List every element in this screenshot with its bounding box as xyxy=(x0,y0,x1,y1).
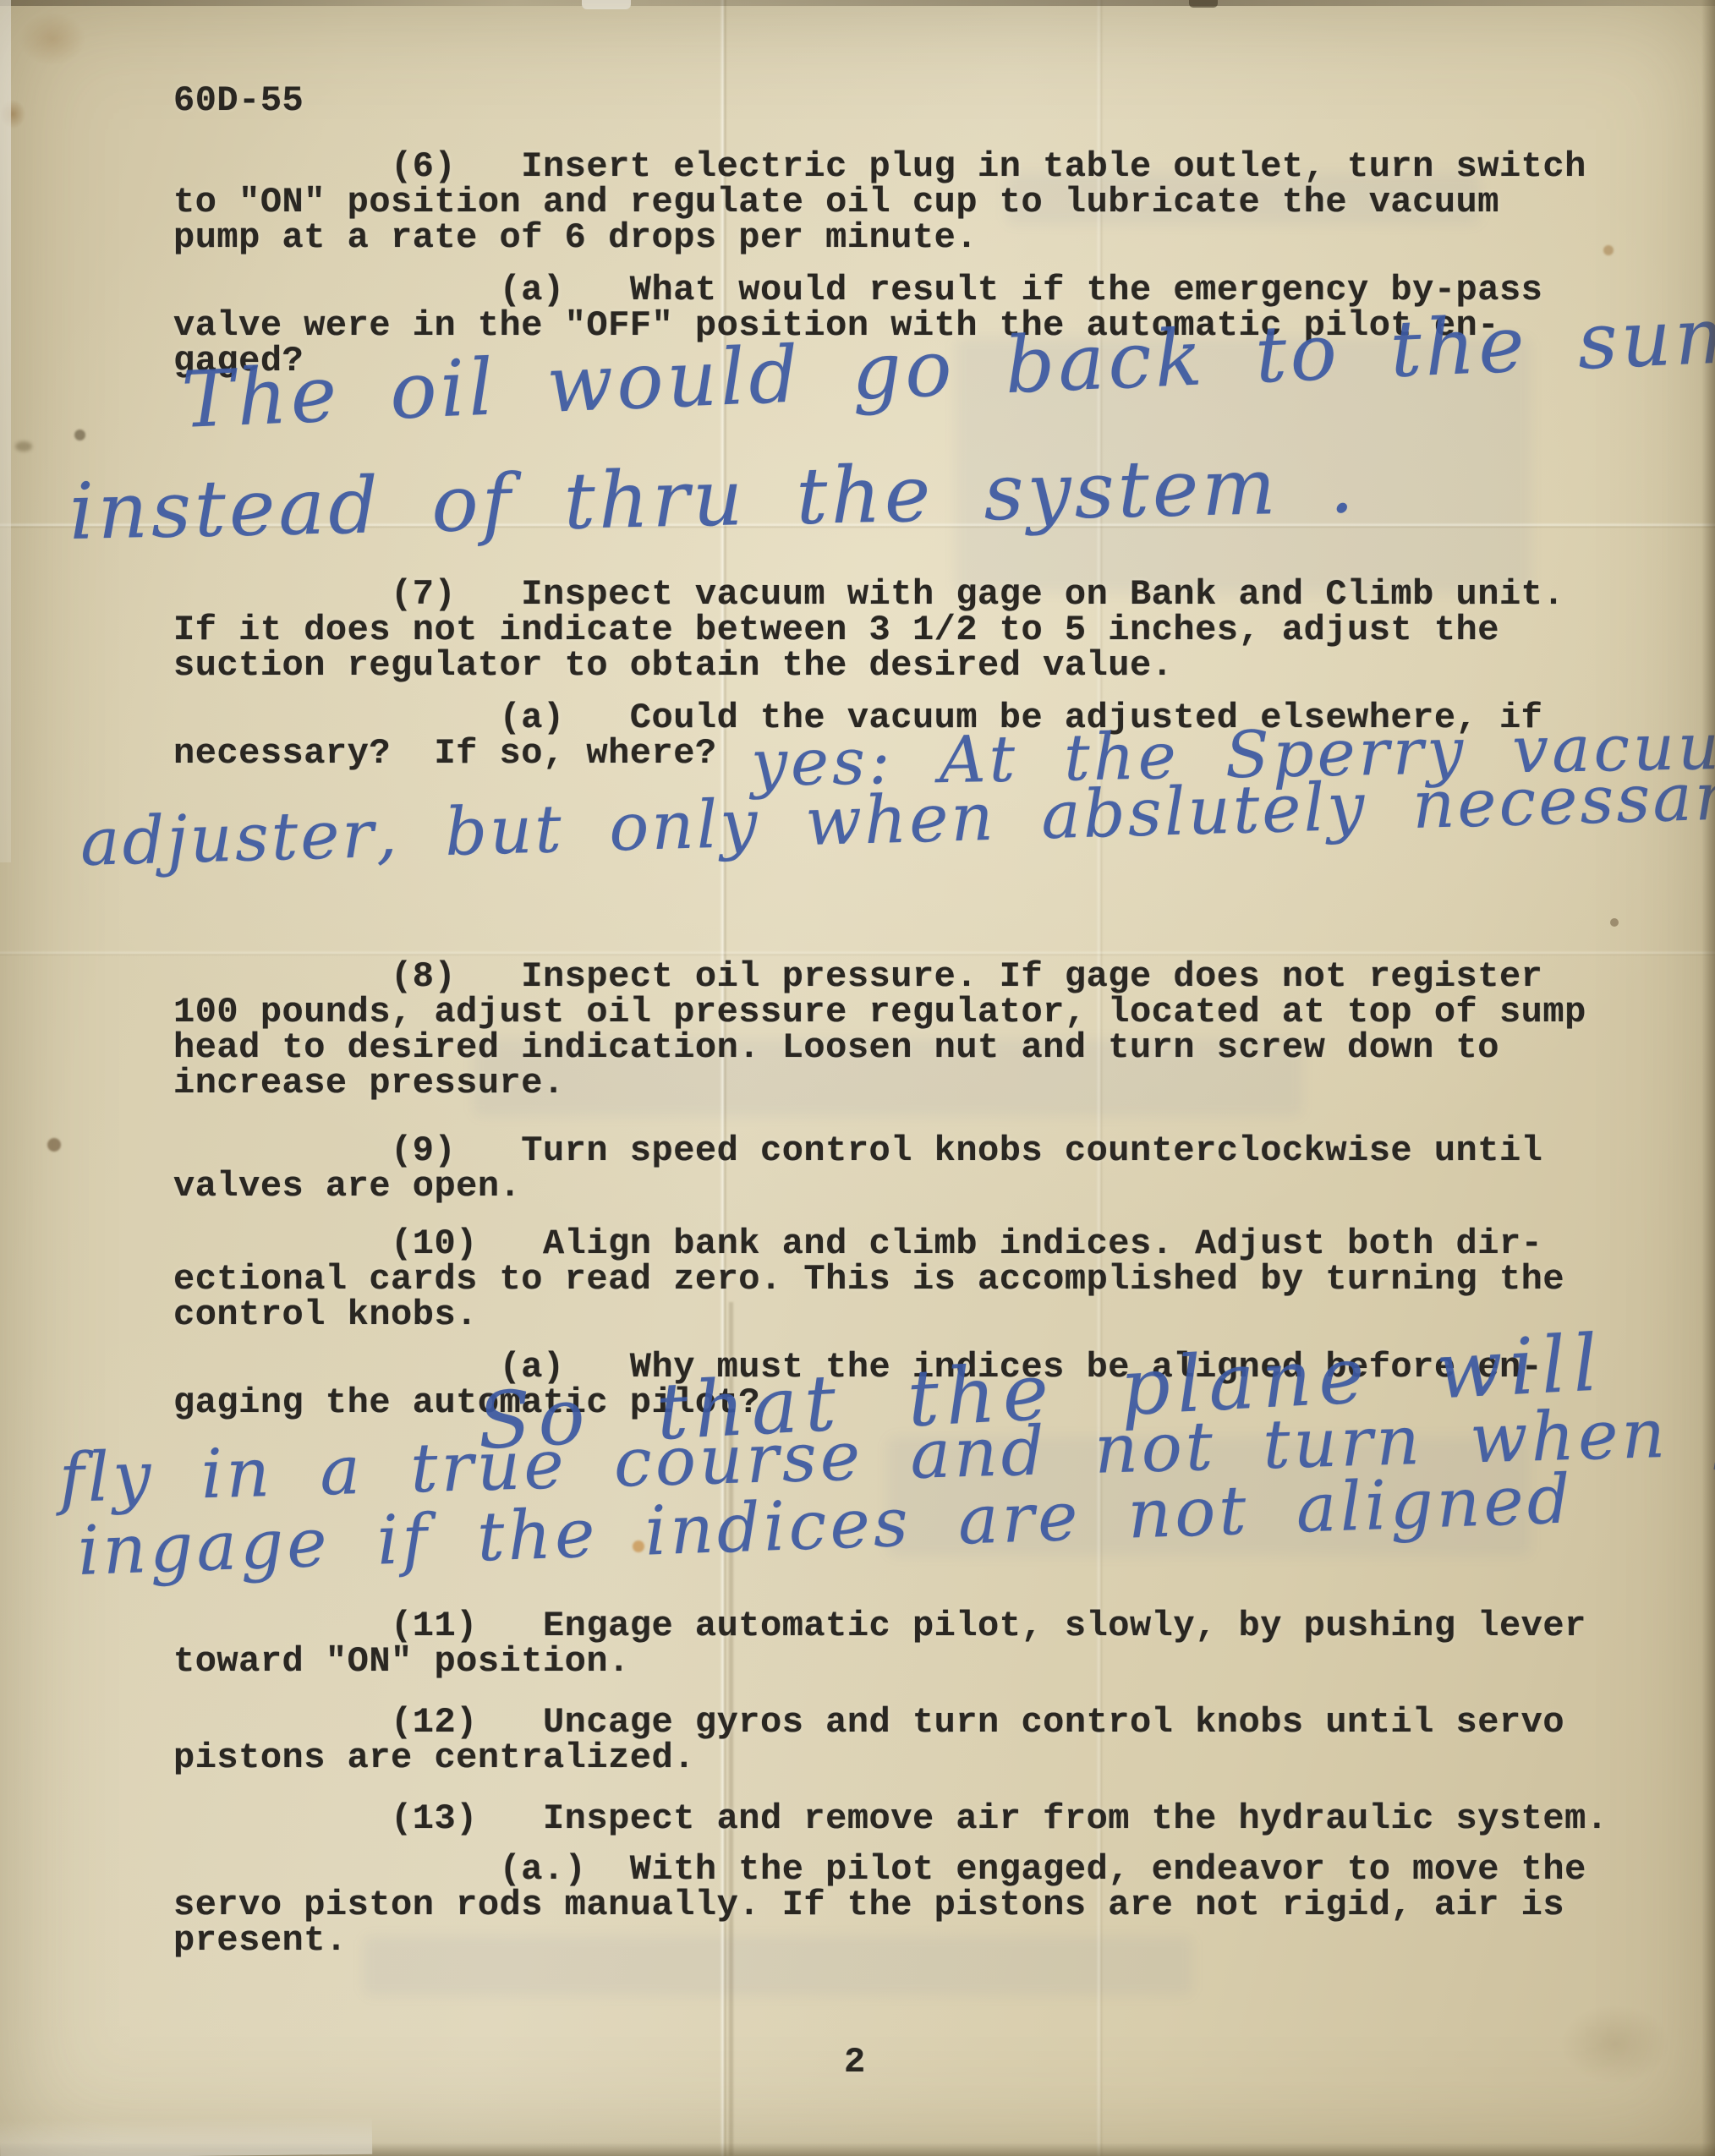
stain xyxy=(1560,2004,1670,2084)
question-13a-line-1: (a.) With the pilot engaged, endeavor to… xyxy=(173,1852,1586,1887)
paragraph-13-line-1: (13) Inspect and remove air from the hyd… xyxy=(173,1801,1608,1836)
paper-edge-mark xyxy=(1189,0,1218,8)
paragraph-12-line-1: (12) Uncage gyros and turn control knobs… xyxy=(173,1705,1564,1740)
paragraph-12-line-2: pistons are centralized. xyxy=(173,1740,695,1776)
paragraph-6-line-3: pump at a rate of 6 drops per minute. xyxy=(173,220,978,255)
paragraph-8-line-3: head to desired indication. Loosen nut a… xyxy=(173,1030,1499,1065)
paragraph-8-line-2: 100 pounds, adjust oil pressure regulato… xyxy=(173,994,1586,1030)
torn-bottom-left-corner xyxy=(0,2117,372,2156)
horizontal-fold-crease xyxy=(0,950,1715,956)
page-number: 2 xyxy=(844,2044,866,2080)
question-7a-line-2: necessary? If so, where? xyxy=(173,736,717,771)
paragraph-10-line-3: control knobs. xyxy=(173,1297,478,1332)
paragraph-11-line-1: (11) Engage automatic pilot, slowly, by … xyxy=(173,1608,1586,1644)
paragraph-7-line-2: If it does not indicate between 3 1/2 to… xyxy=(173,612,1499,648)
paragraph-7-line-1: (7) Inspect vacuum with gage on Bank and… xyxy=(173,577,1564,612)
question-13a-line-3: present. xyxy=(173,1923,348,1958)
handwritten-answer-6a-line-2: instead of thru the system . xyxy=(68,440,1358,557)
scan-edge-bottom xyxy=(0,2142,1715,2156)
stain xyxy=(19,12,86,66)
paragraph-8-line-4: increase pressure. xyxy=(173,1065,565,1101)
stain xyxy=(74,430,85,441)
paragraph-7-line-3: suction regulator to obtain the desired … xyxy=(173,648,1173,683)
paragraph-8-line-1: (8) Inspect oil pressure. If gage does n… xyxy=(173,959,1542,994)
paragraph-6-line-2: to "ON" position and regulate oil cup to… xyxy=(173,184,1499,220)
paper-edge-notch xyxy=(582,0,631,9)
stain xyxy=(1610,918,1619,927)
scanned-document-page: 60D-55 (6) Insert electric plug in table… xyxy=(0,0,1715,2156)
paragraph-10-line-1: (10) Align bank and climb indices. Adjus… xyxy=(173,1226,1542,1261)
question-13a-line-2: servo piston rods manually. If the pisto… xyxy=(173,1887,1564,1923)
doc-code: 60D-55 xyxy=(173,83,304,118)
paragraph-9-line-2: valves are open. xyxy=(173,1168,521,1204)
bleedthrough-smudge xyxy=(364,1936,1192,1995)
scan-edge-top xyxy=(0,0,1715,6)
stain xyxy=(47,1138,61,1152)
paragraph-9-line-1: (9) Turn speed control knobs countercloc… xyxy=(173,1133,1542,1168)
question-6a-line-1: (a) What would result if the emergency b… xyxy=(173,272,1542,308)
scan-edge-left xyxy=(0,0,11,862)
paragraph-10-line-2: ectional cards to read zero. This is acc… xyxy=(173,1261,1564,1297)
paragraph-6-line-1: (6) Insert electric plug in table outlet… xyxy=(173,149,1586,184)
stain xyxy=(1603,245,1614,255)
paragraph-11-line-2: toward "ON" position. xyxy=(173,1644,630,1679)
stain xyxy=(0,100,25,129)
stain xyxy=(15,441,32,451)
